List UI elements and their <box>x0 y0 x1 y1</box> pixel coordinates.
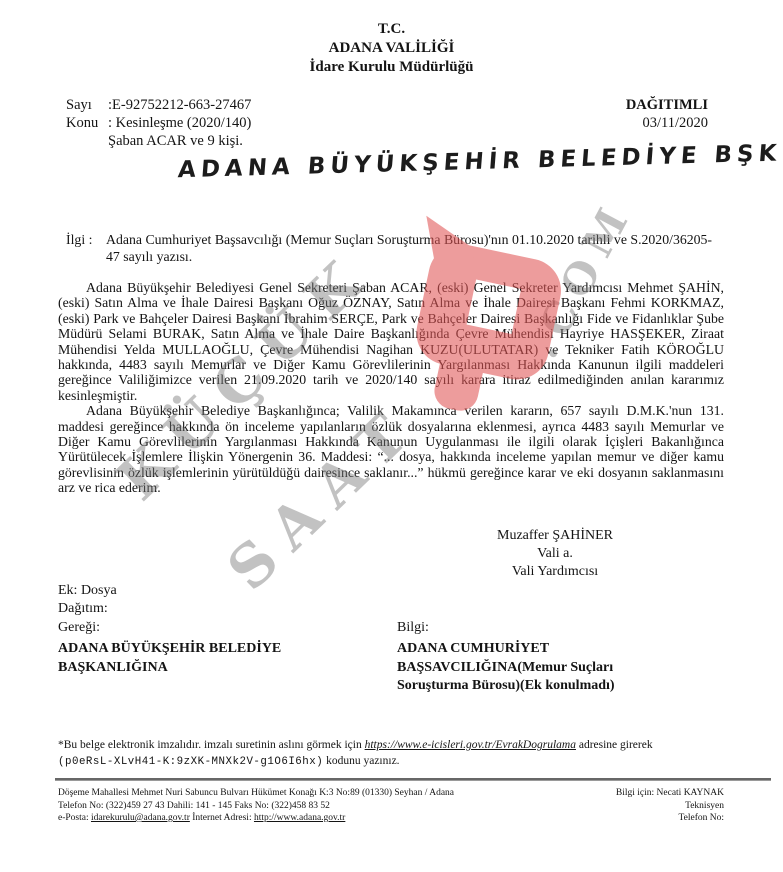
esign-note: *Bu belge elektronik imzalıdır. imzalı s… <box>58 737 748 770</box>
closing-section: Ek: Dosya Dağıtım: Gereği: ADANA BÜYÜKŞE… <box>58 582 724 696</box>
attachment-line: Ek: Dosya <box>58 582 724 600</box>
evrak-dogrulama-link[interactable]: https://www.e-icisleri.gov.tr/EvrakDogru… <box>365 739 576 751</box>
esign-note-suffix: adresine girerek <box>576 739 653 751</box>
document-date: 03/11/2020 <box>626 114 708 132</box>
bilgi-recipient-line-2: BAŞSAVCILIĞINA(Memur Suçları <box>397 659 724 678</box>
footer-address: Döşeme Mahallesi Mehmet Nuri Sabuncu Bul… <box>58 787 544 800</box>
internet-label: İnternet Adresi: <box>190 813 254 823</box>
bilgi-label: Bilgi: <box>397 619 724 637</box>
distribution-label: DAĞITIMLI <box>626 96 708 114</box>
contact-phone: Telefon No: <box>544 812 724 825</box>
esign-note-prefix: *Bu belge elektronik imzalıdır. imzalı s… <box>58 739 365 751</box>
geregi-label: Gereği: <box>58 619 397 637</box>
body-paragraph-1: Adana Büyükşehir Belediyesi Genel Sekret… <box>58 280 724 403</box>
eposta-label: e-Posta: <box>58 813 91 823</box>
geregi-recipient-line-1: ADANA BÜYÜKŞEHİR BELEDİYE <box>58 640 397 659</box>
letterhead-governorship: ADANA VALİLİĞİ <box>0 39 783 58</box>
signer-title-2: Vali Yardımcısı <box>440 563 670 581</box>
distribution-block: DAĞITIMLI 03/11/2020 <box>626 96 708 132</box>
reference-block: Sayı:E-92752212-663-27467 Konu: Kesinleş… <box>66 96 251 150</box>
letterhead: T.C. ADANA VALİLİĞİ İdare Kurulu Müdürlü… <box>0 20 783 77</box>
ilgi-text: Adana Cumhuriyet Başsavcılığı (Memur Suç… <box>106 231 718 265</box>
signer-title-1: Vali a. <box>440 545 670 563</box>
footer-phone: Telefon No: (322)459 27 43 Dahili: 141 -… <box>58 800 544 813</box>
bilgi-recipient-line-3: Soruşturma Bürosu)(Ek konulmadı) <box>397 677 724 696</box>
konu-label: Konu <box>66 114 108 132</box>
verification-code: (p0eRsL-XLvH41-K:9zXK-MNXk2V-g1O6I6hx) <box>58 756 323 768</box>
letterhead-tc: T.C. <box>0 20 783 39</box>
sayi-value: :E-92752212-663-27467 <box>108 97 251 113</box>
footer-address-block: Döşeme Mahallesi Mehmet Nuri Sabuncu Bul… <box>58 787 544 825</box>
bilgi-column: Bilgi: ADANA CUMHURİYET BAŞSAVCILIĞINA(M… <box>397 619 724 696</box>
body-text: Adana Büyükşehir Belediyesi Genel Sekret… <box>58 280 724 496</box>
footer: Döşeme Mahallesi Mehmet Nuri Sabuncu Bul… <box>58 787 724 825</box>
signer-name: Muzaffer ŞAHİNER <box>440 527 670 545</box>
eposta-link[interactable]: idarekurulu@adana.gov.tr <box>91 813 190 823</box>
footer-divider <box>55 778 771 781</box>
geregi-recipient-line-2: BAŞKANLIĞINA <box>58 659 397 678</box>
bilgi-recipient-line-1: ADANA CUMHURİYET <box>397 640 724 659</box>
ilgi-label: İlgi : <box>66 231 106 265</box>
geregi-column: Gereği: ADANA BÜYÜKŞEHİR BELEDİYE BAŞKAN… <box>58 619 397 696</box>
esign-note-line-1: *Bu belge elektronik imzalıdır. imzalı s… <box>58 737 748 753</box>
esign-note-line-2: (p0eRsL-XLvH41-K:9zXK-MNXk2V-g1O6I6hx) k… <box>58 753 748 770</box>
esign-code-suffix: kodunu yazınız. <box>323 755 399 767</box>
contact-name: Bilgi için: Necati KAYNAK <box>544 787 724 800</box>
footer-online-line: e-Posta: idarekurulu@adana.gov.tr İntern… <box>58 812 544 825</box>
website-link[interactable]: http://www.adana.gov.tr <box>254 813 345 823</box>
footer-contact-block: Bilgi için: Necati KAYNAK Teknisyen Tele… <box>544 787 724 825</box>
konu-line: Konu: Kesinleşme (2020/140) <box>66 114 251 132</box>
letterhead-department: İdare Kurulu Müdürlüğü <box>0 58 783 77</box>
body-paragraph-2: Adana Büyükşehir Belediye Başkanlığınca;… <box>58 403 724 495</box>
distribution-line: Dağıtım: <box>58 600 724 618</box>
document-page: T.C. ADANA VALİLİĞİ İdare Kurulu Müdürlü… <box>0 0 783 872</box>
signature-block: Muzaffer ŞAHİNER Vali a. Vali Yardımcısı <box>440 527 670 581</box>
contact-title: Teknisyen <box>544 800 724 813</box>
sayi-label: Sayı <box>66 96 108 114</box>
ilgi-section: İlgi : Adana Cumhuriyet Başsavcılığı (Me… <box>66 231 718 265</box>
sayi-line: Sayı:E-92752212-663-27467 <box>66 96 251 114</box>
konu-value-2: Şaban ACAR ve 9 kişi. <box>108 132 251 150</box>
konu-value: : Kesinleşme (2020/140) <box>108 115 251 131</box>
handwritten-note: ADANA BÜYÜKŞEHİR BELEDİYE BŞK. <box>177 143 699 184</box>
